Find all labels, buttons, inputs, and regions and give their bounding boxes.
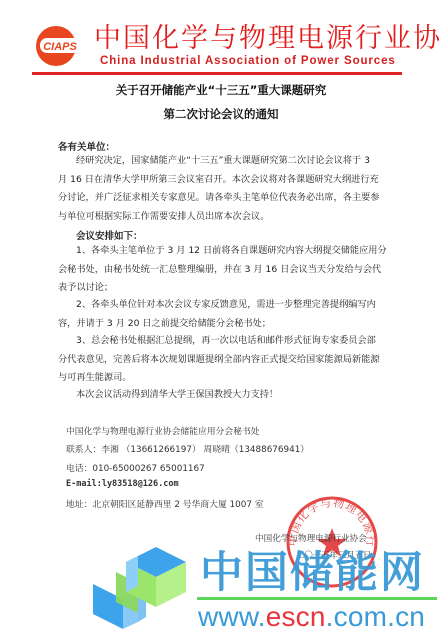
arrangement-item-2: 2、各牵头单位针对本次会议专家反馈意见，需进一步整理完善提纲编写内 容，并请于 … bbox=[58, 296, 378, 333]
contact-persons: 联系人：李湘 （13661266197） 周晓晴（13488676941） bbox=[66, 442, 309, 455]
contact-phone: 电话：010-65000267 65001167 bbox=[66, 461, 205, 474]
contact-office: 中国化学与物理电源行业协会储能应用分会秘书处 bbox=[66, 424, 260, 437]
document-title-line2: 第二次讨论会议的通知 bbox=[0, 106, 442, 122]
item-line: 分代表意见，完善后将本次规划课题提纲全部内容正式提交给国家能源局新能源 bbox=[58, 351, 378, 370]
item-line: 容，并请于 3 月 20 日之前提交给储能分会秘书处； bbox=[58, 315, 378, 334]
watermark-url: www.escn.com.cn bbox=[198, 601, 425, 633]
paragraph-line: 经研究决定，国家储能产业“十三五”重大课题研究第二次讨论会议将于 3 bbox=[58, 152, 378, 171]
document-title-line1: 关于召开储能产业“十三五”重大课题研究 bbox=[0, 82, 442, 98]
item-line: 与可再生能源司。 bbox=[58, 369, 378, 388]
url-suffix: .com.cn bbox=[326, 601, 425, 632]
ciaps-logo-icon: CIAPS bbox=[34, 24, 84, 68]
org-name-en: China Industrial Association of Power So… bbox=[100, 55, 396, 67]
arrangement-item-1: 1、各牵头主笔单位于 3 月 12 日前将各自课题研究内容大纲提交储能应用分 会… bbox=[58, 242, 378, 298]
item-line: 会秘书处，由秘书处统一汇总整理编册，并在 3 月 16 日会议当天分发给与会代 bbox=[58, 261, 378, 280]
contact-address: 地址：北京朝阳区延静西里 2 号华商大厦 1007 室 bbox=[66, 497, 264, 510]
escn-cube-logo-icon bbox=[88, 544, 196, 636]
contact-email: E-mail:ly83518@126.com bbox=[66, 479, 179, 489]
paragraph-line: 月 16 日在清华大学甲所第三会议室召开。本次会议将对各课题研究大纲进行充 bbox=[58, 171, 378, 190]
url-prefix: www. bbox=[198, 601, 266, 632]
item-line: 表予以讨论； bbox=[58, 279, 378, 298]
item-line: 1、各牵头主笔单位于 3 月 12 日前将各自课题研究内容大纲提交储能应用分 bbox=[58, 242, 378, 261]
arrangement-item-3: 3、总会秘书处根据汇总提纲，再一次以电话和邮件形式征询专家委员会部 分代表意见，… bbox=[58, 332, 378, 388]
watermark-divider bbox=[197, 597, 437, 600]
org-name-cn: 中国化学与物理电源行业协会 bbox=[94, 24, 442, 54]
paragraph-line: 与单位可根据实际工作需要安排人员出席本次会议。 bbox=[58, 208, 378, 227]
letterhead-divider bbox=[32, 72, 402, 75]
paragraph-line: 分讨论，并广泛征求相关专家意见。请各牵头主笔单位代表务必出席，各主要参 bbox=[58, 189, 378, 208]
letterhead: CIAPS 中国化学与物理电源行业协会 China Industrial Ass… bbox=[32, 20, 404, 75]
svg-text:CIAPS: CIAPS bbox=[43, 41, 77, 53]
intro-paragraph: 经研究决定，国家储能产业“十三五”重大课题研究第二次讨论会议将于 3 月 16 … bbox=[58, 152, 378, 226]
watermark-site-name: 中国储能网 bbox=[200, 548, 425, 598]
item-line: 2、各牵头单位针对本次会议专家反馈意见，需进一步整理完善提纲编写内 bbox=[58, 296, 378, 315]
item-line: 3、总会秘书处根据汇总提纲，再一次以电话和邮件形式征询专家委员会部 bbox=[58, 332, 378, 351]
signature-org: 中国化学与物理电源行业协会 bbox=[255, 532, 367, 544]
url-accent: escn bbox=[266, 601, 326, 632]
closing-sentence: 本次会议活动得到清华大学王保国教授大力支持！ bbox=[76, 386, 396, 405]
